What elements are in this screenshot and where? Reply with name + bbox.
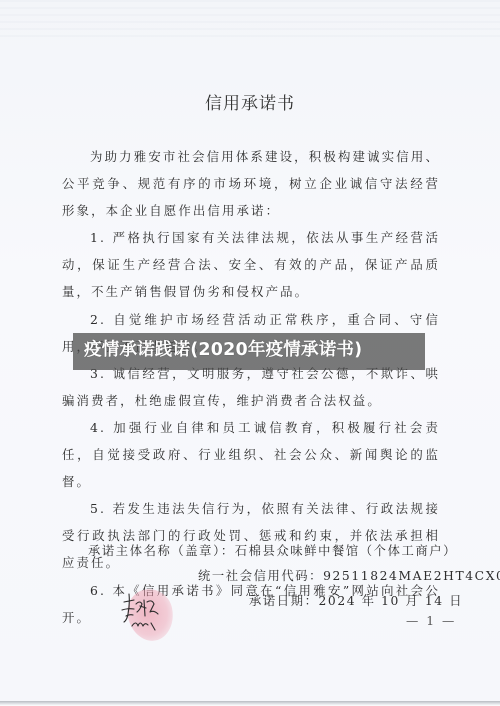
commitment-item-1: 1. 严格执行国家有关法律法规，依法从事生产经营活动，保证生产经营合法、安全、有… bbox=[62, 224, 440, 305]
page-bottom-edge bbox=[0, 701, 500, 706]
page-number: — 1 — bbox=[406, 614, 456, 628]
scan-artifact bbox=[0, 0, 500, 40]
commitment-date: 承诺日期：2024 年 10 月 14 日 bbox=[249, 591, 463, 609]
overlay-banner-text: 疫情承诺践诺(2020年疫情承诺书) bbox=[84, 336, 424, 361]
commitment-item-4: 4. 加强行业自律和员工诚信教育，积极履行社会责任，自觉接受政府、行业组织、社会… bbox=[62, 414, 440, 495]
commitment-item-5: 5. 若发生违法失信行为，依照有关法律、行政法规接受行政执法部门的行政处罚、惩戒… bbox=[62, 495, 440, 576]
credit-code: 统一社会信用代码：92511824MAE2HT4CX0 bbox=[198, 566, 500, 584]
document-title: 信用承诺书 bbox=[0, 89, 500, 114]
entity-name: 承诺主体名称（盖章）：石棉县众味鲜中餐馆（个体工商户） bbox=[88, 541, 457, 559]
intro-paragraph: 为助力雅安市社会信用体系建设，积极构建诚实信用、公平竞争、规范有序的市场环境，树… bbox=[62, 143, 440, 224]
handwritten-signature-icon bbox=[118, 590, 168, 636]
